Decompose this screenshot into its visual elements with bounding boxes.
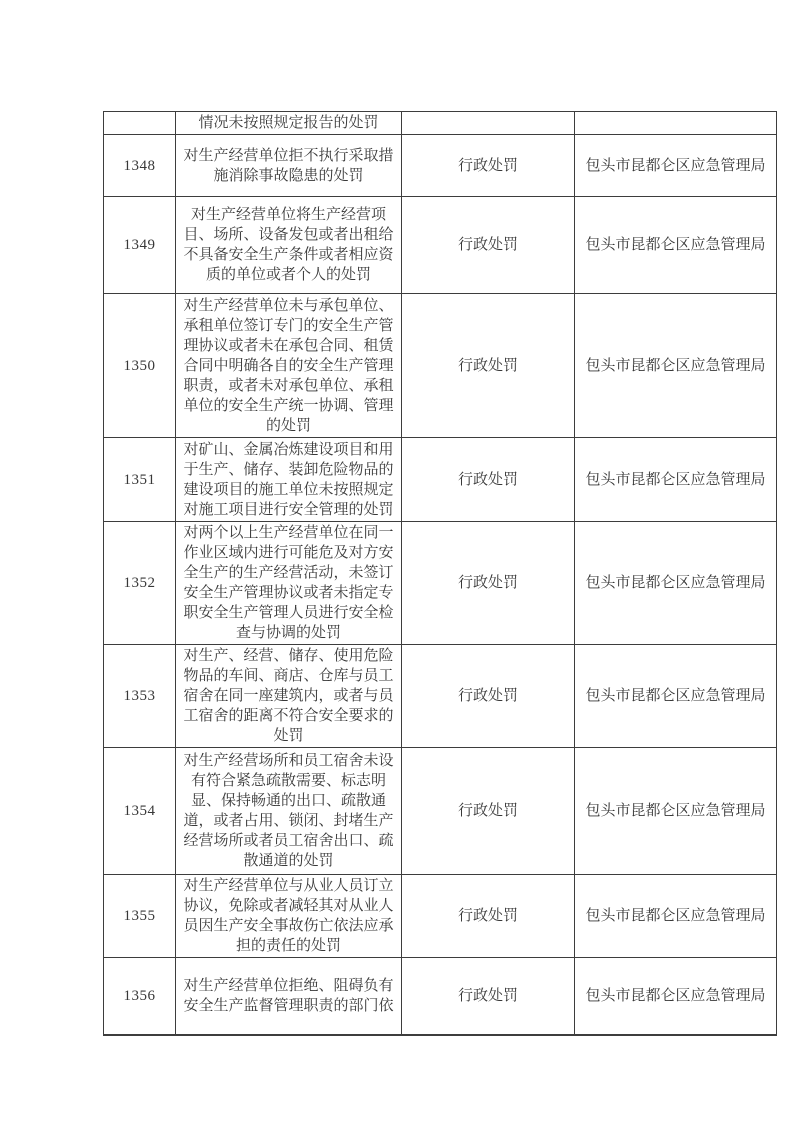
row-number-cell: 1353: [104, 645, 176, 748]
penalty-type-cell: 行政处罚: [402, 294, 575, 438]
implementing-agency-cell: 包头市昆都仑区应急管理局: [575, 645, 777, 748]
penalty-type-cell: 行政处罚: [402, 135, 575, 197]
penalty-item-cell: 对生产经营场所和员工宿舍未设有符合紧急疏散需要、标志明显、保持畅通的出口、疏散通…: [176, 748, 402, 875]
penalty-type-cell: 行政处罚: [402, 875, 575, 958]
row-number-cell: 1355: [104, 875, 176, 958]
row-number-cell: 1349: [104, 197, 176, 294]
row-number-cell: 1351: [104, 438, 176, 522]
penalty-item-cell: 对生产经营单位未与承包单位、承租单位签订专门的安全生产管理协议或者未在承包合同、…: [176, 294, 402, 438]
penalty-item-cell: 对生产经营单位将生产经营项目、场所、设备发包或者出租给不具备安全生产条件或者相应…: [176, 197, 402, 294]
table-row: 1355 对生产经营单位与从业人员订立协议，免除或者减轻其对从业人员因生产安全事…: [104, 875, 777, 958]
penalty-type-cell: 行政处罚: [402, 522, 575, 645]
implementing-agency-cell: 包头市昆都仑区应急管理局: [575, 875, 777, 958]
table-row: 情况未按照规定报告的处罚: [104, 112, 777, 135]
row-number-cell: 1356: [104, 958, 176, 1035]
implementing-agency-cell: 包头市昆都仑区应急管理局: [575, 135, 777, 197]
row-number-cell: 1348: [104, 135, 176, 197]
implementing-agency-cell: [575, 112, 777, 135]
penalty-type-cell: 行政处罚: [402, 748, 575, 875]
row-number-cell: [104, 112, 176, 135]
penalty-type-cell: 行政处罚: [402, 197, 575, 294]
penalty-item-cell: 对生产经营单位拒绝、阻碍负有安全生产监督管理职责的部门依: [176, 958, 402, 1035]
implementing-agency-cell: 包头市昆都仑区应急管理局: [575, 438, 777, 522]
penalty-item-cell: 对生产、经营、储存、使用危险物品的车间、商店、仓库与员工宿舍在同一座建筑内，或者…: [176, 645, 402, 748]
table-row: 1352 对两个以上生产经营单位在同一作业区域内进行可能危及对方安全生产的生产经…: [104, 522, 777, 645]
implementing-agency-cell: 包头市昆都仑区应急管理局: [575, 294, 777, 438]
implementing-agency-cell: 包头市昆都仑区应急管理局: [575, 958, 777, 1035]
table-row: 1353 对生产、经营、储存、使用危险物品的车间、商店、仓库与员工宿舍在同一座建…: [104, 645, 777, 748]
penalty-type-cell: 行政处罚: [402, 438, 575, 522]
table-row: 1349 对生产经营单位将生产经营项目、场所、设备发包或者出租给不具备安全生产条…: [104, 197, 777, 294]
table-row: 1348 对生产经营单位拒不执行采取措施消除事故隐患的处罚 行政处罚 包头市昆都…: [104, 135, 777, 197]
penalty-item-cell: 情况未按照规定报告的处罚: [176, 112, 402, 135]
implementing-agency-cell: 包头市昆都仑区应急管理局: [575, 197, 777, 294]
penalty-type-cell: 行政处罚: [402, 958, 575, 1035]
penalty-item-cell: 对生产经营单位与从业人员订立协议，免除或者减轻其对从业人员因生产安全事故伤亡依法…: [176, 875, 402, 958]
document-page: 情况未按照规定报告的处罚 1348 对生产经营单位拒不执行采取措施消除事故隐患的…: [0, 0, 793, 1122]
penalty-type-cell: [402, 112, 575, 135]
table-row: 1351 对矿山、金属冶炼建设项目和用于生产、储存、装卸危险物品的建设项目的施工…: [104, 438, 777, 522]
penalty-item-cell: 对生产经营单位拒不执行采取措施消除事故隐患的处罚: [176, 135, 402, 197]
table-row: 1354 对生产经营场所和员工宿舍未设有符合紧急疏散需要、标志明显、保持畅通的出…: [104, 748, 777, 875]
row-number-cell: 1350: [104, 294, 176, 438]
implementing-agency-cell: 包头市昆都仑区应急管理局: [575, 522, 777, 645]
table-row: 1356 对生产经营单位拒绝、阻碍负有安全生产监督管理职责的部门依 行政处罚 包…: [104, 958, 777, 1035]
penalty-items-table: 情况未按照规定报告的处罚 1348 对生产经营单位拒不执行采取措施消除事故隐患的…: [103, 111, 777, 1036]
penalty-item-cell: 对两个以上生产经营单位在同一作业区域内进行可能危及对方安全生产的生产经营活动，未…: [176, 522, 402, 645]
penalty-items-table-body: 情况未按照规定报告的处罚 1348 对生产经营单位拒不执行采取措施消除事故隐患的…: [104, 112, 777, 1035]
penalty-type-cell: 行政处罚: [402, 645, 575, 748]
row-number-cell: 1352: [104, 522, 176, 645]
implementing-agency-cell: 包头市昆都仑区应急管理局: [575, 748, 777, 875]
row-number-cell: 1354: [104, 748, 176, 875]
penalty-item-cell: 对矿山、金属冶炼建设项目和用于生产、储存、装卸危险物品的建设项目的施工单位未按照…: [176, 438, 402, 522]
table-row: 1350 对生产经营单位未与承包单位、承租单位签订专门的安全生产管理协议或者未在…: [104, 294, 777, 438]
